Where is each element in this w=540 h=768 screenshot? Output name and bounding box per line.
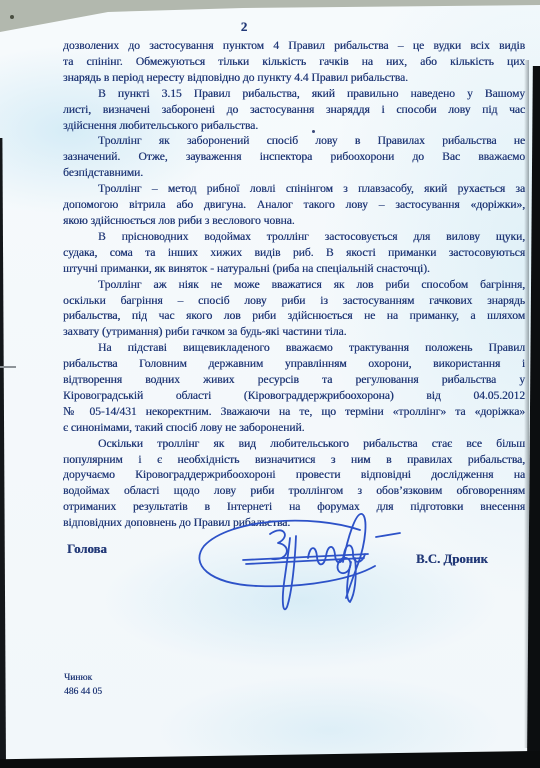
text-line: Троллінг аж ніяк не може вважатися як ло… <box>63 277 525 293</box>
paragraph: На підставі вищевикладеного вважаємо тра… <box>63 340 525 435</box>
text-line: безпідставними. <box>63 165 525 181</box>
scanned-letter-page: 2 дозволених до застосування пунктом 4 П… <box>0 0 540 768</box>
text-line: та спінінг. Обмежуються тільки кількість… <box>63 54 525 70</box>
text-line: В прісноводних водоймах троллінг застосо… <box>63 229 525 245</box>
text-line: Оскільки троллінг як вид любительського … <box>63 436 525 452</box>
text-line: водоймах області щодо лову риби троллінг… <box>63 483 525 499</box>
text-line: Троллінг – метод рибної ловлі спінінгом … <box>63 181 525 197</box>
text-line: На підставі вищевикладеного вважаємо тра… <box>63 340 525 356</box>
paragraph: Троллінг – метод рибної ловлі спінінгом … <box>63 181 525 229</box>
scan-artifact-tick <box>0 366 16 368</box>
text-line: Троллінг як заборонений спосіб лову в Пр… <box>63 133 525 149</box>
text-line: зазначений. Отже, зауваження інспектора … <box>63 149 525 165</box>
text-line: допомогою вітрила або двигуна. Аналог та… <box>63 197 525 213</box>
text-line: доручаємо Кіровограддержрибоохороні пров… <box>63 467 525 483</box>
text-line: листі, визначені заборонені до застосува… <box>63 102 525 118</box>
text-line: дозволених до застосування пунктом 4 Пра… <box>63 38 525 54</box>
signature-scribble <box>188 506 406 624</box>
footer-block: Чинюк 486 44 05 <box>64 672 102 699</box>
text-line: відтворення водних живих ресурсів та рег… <box>63 372 525 388</box>
signer-title: Голова <box>67 542 107 557</box>
text-line: штучні приманки, як виняток - натуральні… <box>63 261 525 277</box>
text-line: здійснення любительського рибальства. <box>63 118 525 134</box>
text-line: рибальства, під час якого лов риби здійс… <box>63 308 525 324</box>
text-line: є синонімами, такий спосіб лову не забор… <box>63 420 525 436</box>
text-line: оскільки багріння – спосіб лову риби із … <box>63 293 525 309</box>
footer-executor: Чинюк <box>64 672 102 686</box>
signer-name: В.С. Дроник <box>416 552 488 567</box>
text-line: популярним і є необхідність визначитися … <box>63 452 525 468</box>
text-line: Кіровоградській області (Кіровограддержр… <box>63 388 525 404</box>
page-number: 2 <box>0 19 514 35</box>
paragraph: дозволених до застосування пунктом 4 Пра… <box>63 38 525 86</box>
text-line: якою здійснюється лов риби з веслового ч… <box>63 213 525 229</box>
text-line: В пункті 3.15 Правил рибальства, який пр… <box>63 86 525 102</box>
paragraph: В прісноводних водоймах троллінг застосо… <box>63 229 525 277</box>
text-line: судака, сома та інших хижих видів риб. В… <box>63 245 525 261</box>
document-body: дозволених до застосування пунктом 4 Пра… <box>63 38 525 531</box>
footer-phone: 486 44 05 <box>64 686 102 700</box>
paragraph: В пункті 3.15 Правил рибальства, який пр… <box>63 86 525 134</box>
text-line: № 05-14/431 некоректним. Зважаючи на те,… <box>63 404 525 420</box>
paragraph: Троллінг як заборонений спосіб лову в Пр… <box>63 133 525 181</box>
text-line: рибальства Головним державним управління… <box>63 356 525 372</box>
paragraph: Троллінг аж ніяк не може вважатися як ло… <box>63 277 525 341</box>
text-line: захвату (утримання) риби гачком за будь-… <box>63 324 525 340</box>
text-line: знарядь в період нересту відповідно до п… <box>63 70 525 86</box>
